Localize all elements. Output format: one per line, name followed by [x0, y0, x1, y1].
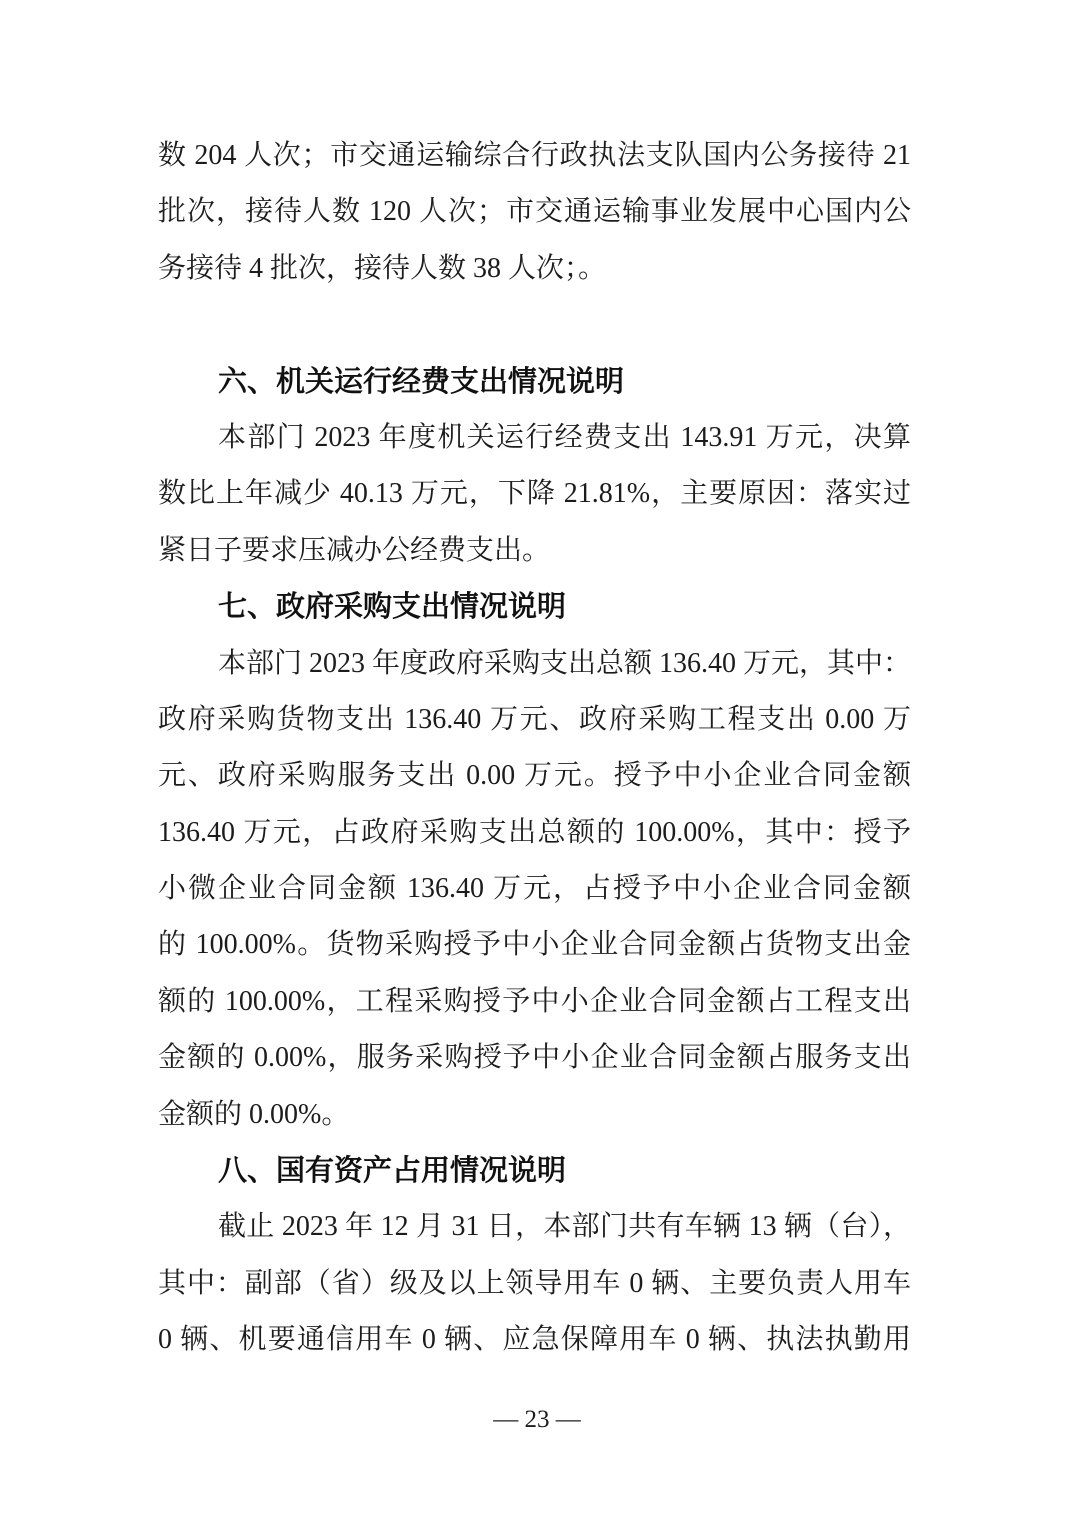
text-line: 务接待 4 批次，接待人数 38 人次；。	[158, 241, 911, 297]
text-line: 其中：副部（省）级及以上领导用车 0 辆、主要负责人用车	[158, 1256, 911, 1312]
text-line: 截止 2023 年 12 月 31 日，本部门共有车辆 13 辆（台），	[158, 1199, 911, 1255]
text-line: 136.40 万元，占政府采购支出总额的 100.00%，其中：授予	[158, 805, 911, 861]
document-page: 数 204 人次；市交通运输综合行政执法支队国内公务接待 21 批次，接待人数 …	[0, 0, 1074, 1520]
section-heading-8: 八、国有资产占用情况说明	[158, 1143, 911, 1199]
text-line: 政府采购货物支出 136.40 万元、政府采购工程支出 0.00 万	[158, 692, 911, 748]
blank-line	[158, 297, 911, 353]
text-line: 金额的 0.00%。	[158, 1087, 911, 1143]
text-line: 数比上年减少 40.13 万元，下降 21.81%，主要原因：落实过	[158, 466, 911, 522]
text-line: 紧日子要求压减办公经费支出。	[158, 523, 911, 579]
section-heading-7: 七、政府采购支出情况说明	[158, 579, 911, 635]
text-line: 金额的 0.00%，服务采购授予中小企业合同金额占服务支出	[158, 1030, 911, 1086]
section-heading-6: 六、机关运行经费支出情况说明	[158, 354, 911, 410]
page-number: — 23 —	[0, 1406, 1074, 1434]
text-line: 批次，接待人数 120 人次；市交通运输事业发展中心国内公	[158, 184, 911, 240]
text-line: 的 100.00%。货物采购授予中小企业合同金额占货物支出金	[158, 917, 911, 973]
text-line: 0 辆、机要通信用车 0 辆、应急保障用车 0 辆、执法执勤用	[158, 1312, 911, 1368]
text-line: 小微企业合同金额 136.40 万元，占授予中小企业合同金额	[158, 861, 911, 917]
text-line: 本部门 2023 年度机关运行经费支出 143.91 万元，决算	[158, 410, 911, 466]
document-body: 数 204 人次；市交通运输综合行政执法支队国内公务接待 21 批次，接待人数 …	[158, 128, 911, 1369]
text-line: 元、政府采购服务支出 0.00 万元。授予中小企业合同金额	[158, 748, 911, 804]
text-line: 额的 100.00%，工程采购授予中小企业合同金额占工程支出	[158, 974, 911, 1030]
text-line: 本部门 2023 年度政府采购支出总额 136.40 万元，其中：	[158, 636, 911, 692]
text-line: 数 204 人次；市交通运输综合行政执法支队国内公务接待 21	[158, 128, 911, 184]
